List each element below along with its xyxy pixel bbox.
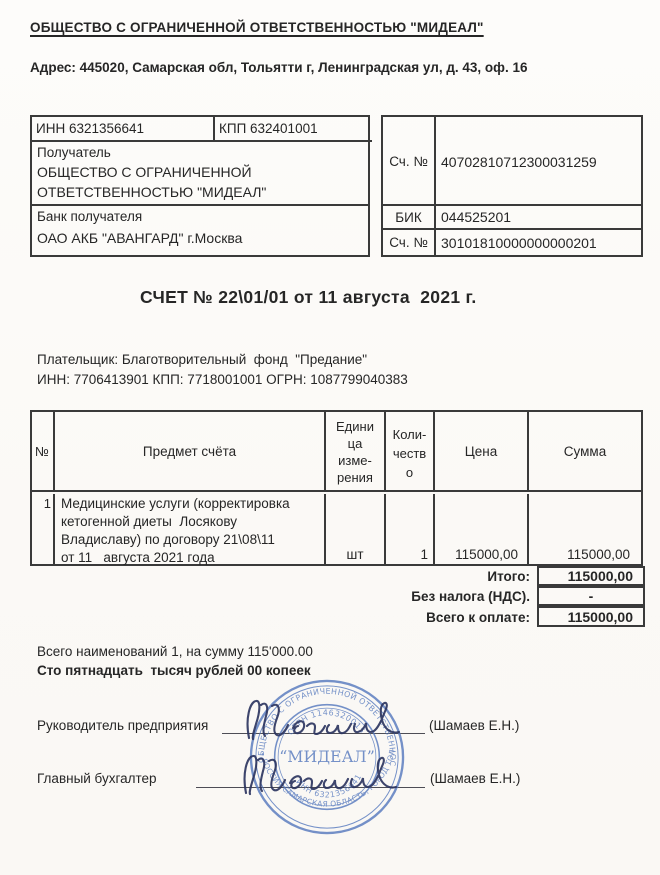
bank-label: Банк получателя: [37, 209, 142, 224]
account-label: Сч. №: [383, 117, 436, 206]
recipient-cell: Получатель ОБЩЕСТВО С ОГРАНИЧЕННОЙ ОТВЕТ…: [32, 142, 370, 206]
col-header-unit: Едини ца изме- рения: [326, 412, 386, 492]
requisites-table-left-block: ИНН 6321356641 КПП 632401001 Получатель …: [30, 115, 370, 257]
account-row: Сч. № 40702810712300031259: [383, 117, 641, 206]
unit-header-line: изме-: [326, 452, 384, 469]
item-desc-line: Медицинские услуги (корректировка: [61, 496, 290, 511]
total-label: Итого:: [300, 569, 530, 584]
recipient-name-line2: ОТВЕТСТВЕННОСТЬЮ "МИДЕАЛ": [37, 184, 266, 200]
accountant-name: (Шамаев Е.Н.): [430, 771, 520, 786]
unit-header-line: рения: [326, 469, 384, 486]
account-number: 40702810712300031259: [436, 117, 641, 206]
col-header-number: №: [32, 412, 55, 492]
no-vat-label: Без налога (НДС).: [300, 589, 530, 604]
item-row-price: 115000,00: [435, 494, 529, 564]
kpp-cell: КПП 632401001: [215, 117, 370, 140]
unit-header-line: ца: [326, 435, 384, 452]
item-desc-line: Владиславу) по договору 21\08\11: [61, 532, 275, 547]
accountant-label: Главный бухгалтер: [37, 771, 157, 786]
col-header-price: Цена: [435, 412, 529, 492]
corr-account-number: 30101810000000000201: [436, 230, 641, 255]
bik-value: 044525201: [436, 206, 641, 228]
recipient-label: Получатель: [37, 145, 111, 160]
item-row-description: Медицинские услуги (корректировка кетоге…: [55, 494, 326, 564]
payer-line1: Плательщик: Благотворительный фонд "Пред…: [37, 352, 367, 367]
bank-name: ОАО АКБ "АВАНГАРД" г.Москва: [37, 230, 242, 246]
item-row-qty: 1: [386, 494, 435, 564]
col-header-sum: Сумма: [529, 412, 641, 492]
item-desc-line: кетогенной диеты Лосякову: [61, 514, 237, 529]
invoice-title: СЧЕТ № 22\01/01 от 11 августа 2021 г.: [140, 287, 477, 308]
bik-row: БИК 044525201: [383, 206, 641, 230]
accountant-signature-ink: [240, 751, 420, 801]
company-address: Адрес: 445020, Самарская обл, Тольятти г…: [30, 60, 528, 75]
director-signature-ink: [243, 696, 423, 746]
amount-due-value-box: 115000,00: [537, 606, 645, 627]
item-row-unit: шт: [326, 494, 386, 564]
total-value-box: 115000,00: [537, 566, 645, 586]
inn-kpp-row: ИНН 6321356641 КПП 632401001: [32, 117, 372, 142]
item-row-number: 1: [32, 494, 55, 564]
items-count-summary: Всего наименований 1, на сумму 115'000.0…: [37, 644, 313, 659]
no-vat-value-box: -: [537, 586, 645, 606]
items-table: № Предмет счёта Едини ца изме- рения Кол…: [30, 410, 643, 566]
amount-in-words: Сто пятнадцать тысяч рублей 00 копеек: [37, 663, 311, 678]
corr-account-row: Сч. № 30101810000000000201: [383, 230, 641, 255]
amount-due-label: Всего к оплате:: [300, 610, 530, 625]
recipient-name-line1: ОБЩЕСТВО С ОГРАНИЧЕННОЙ: [37, 164, 252, 180]
requisites-table-right-block: Сч. № 40702810712300031259 БИК 044525201…: [381, 115, 643, 257]
item-desc-line: от 11 августа 2021 года: [61, 550, 215, 565]
qty-header-line: Коли-: [386, 425, 433, 444]
qty-header-line: о: [386, 463, 433, 482]
col-header-subject: Предмет счёта: [55, 412, 326, 492]
qty-header-line: честв: [386, 444, 433, 463]
payer-line2: ИНН: 7706413901 КПП: 7718001001 ОГРН: 10…: [37, 372, 408, 387]
director-label: Руководитель предприятия: [37, 718, 208, 733]
invoice-scan-page: ОБЩЕСТВО С ОГРАНИЧЕННОЙ ОТВЕТСТВЕННОСТЬЮ…: [0, 0, 660, 875]
director-name: (Шамаев Е.Н.): [429, 718, 519, 733]
inn-cell: ИНН 6321356641: [32, 117, 215, 140]
bank-cell: Банк получателя ОАО АКБ "АВАНГАРД" г.Мос…: [32, 206, 370, 255]
item-row-sum: 115000,00: [529, 494, 641, 564]
corr-account-label: Сч. №: [383, 230, 436, 255]
col-header-qty: Коли- честв о: [386, 412, 435, 492]
bik-label: БИК: [383, 206, 436, 228]
unit-header-line: Едини: [326, 418, 384, 435]
company-name-heading: ОБЩЕСТВО С ОГРАНИЧЕННОЙ ОТВЕТСТВЕННОСТЬЮ…: [30, 20, 484, 35]
